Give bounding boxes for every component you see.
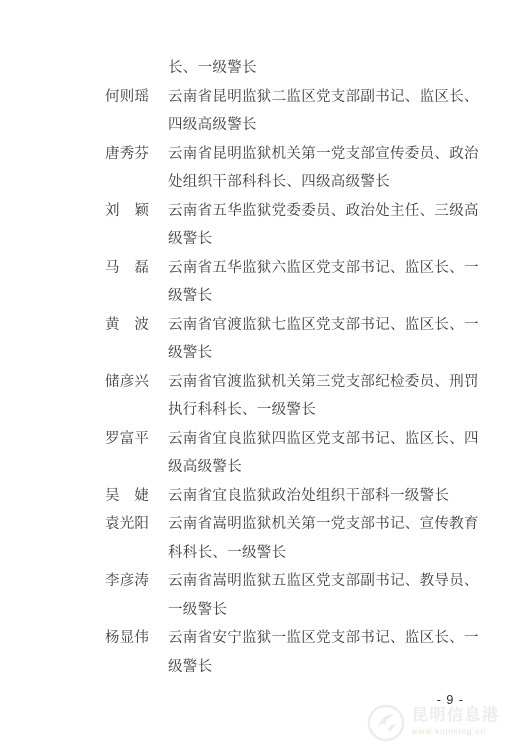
person-role: 云南省昆明监狱二监区党支部副书记、监区长、 四级高级警长: [168, 83, 479, 140]
role-line: 执行科科长、一级警长: [168, 396, 479, 425]
person-role: 云南省宜良监狱政治处组织干部科一级警长: [168, 482, 449, 511]
role-line: 级警长: [168, 225, 479, 254]
person-role: 云南省安宁监狱一监区党支部书记、监区长、一 级警长: [168, 624, 479, 681]
role-line: 级警长: [168, 653, 479, 682]
role-line: 处组织干部科科长、四级高级警长: [168, 168, 479, 197]
person-name: 马 磊: [105, 254, 151, 283]
role-line: 云南省昆明监狱二监区党支部副书记、监区长、: [168, 83, 479, 112]
list-item: 唐秀芬 云南省昆明监狱机关第一党支部宣传委员、政治 处组织干部科科长、四级高级警…: [105, 140, 479, 197]
person-name: 李彦涛: [105, 567, 151, 596]
person-role: 长、一级警长: [168, 54, 257, 83]
person-role: 云南省五华监狱党委委员、政治处主任、三级高 级警长: [168, 197, 479, 254]
role-line: 云南省五华监狱党委委员、政治处主任、三级高: [168, 197, 479, 226]
person-name: 袁光阳: [105, 510, 151, 539]
document-page: 长、一级警长 何则瑶 云南省昆明监狱二监区党支部副书记、监区长、 四级高级警长 …: [0, 0, 530, 750]
list-item-continuation: 长、一级警长: [105, 54, 479, 83]
list-item: 罗富平 云南省宜良监狱四监区党支部书记、监区长、四 级高级警长: [105, 425, 479, 482]
person-role: 云南省嵩明监狱五监区党支部副书记、教导员、 一级警长: [168, 567, 479, 624]
person-role: 云南省嵩明监狱机关第一党支部书记、宣传教育 科科长、一级警长: [168, 510, 479, 567]
person-name: 储彦兴: [105, 368, 151, 397]
person-role: 云南省宜良监狱四监区党支部书记、监区长、四 级高级警长: [168, 425, 479, 482]
list-item: 刘 颖 云南省五华监狱党委委员、政治处主任、三级高 级警长: [105, 197, 479, 254]
list-item: 储彦兴 云南省官渡监狱机关第三党支部纪检委员、刑罚 执行科科长、一级警长: [105, 368, 479, 425]
person-name: 唐秀芬: [105, 140, 151, 169]
role-line: 科科长、一级警长: [168, 539, 479, 568]
role-line: 云南省宜良监狱政治处组织干部科一级警长: [168, 482, 449, 511]
person-name: 何则瑶: [105, 83, 151, 112]
page-number: - 9 -: [437, 692, 464, 708]
list-item: 马 磊 云南省五华监狱六监区党支部书记、监区长、一 级警长: [105, 254, 479, 311]
role-line: 云南省五华监狱六监区党支部书记、监区长、一: [168, 254, 479, 283]
role-line: 云南省官渡监狱机关第三党支部纪检委员、刑罚: [168, 368, 479, 397]
kunming-peacock-logo-icon: [367, 704, 405, 742]
list-item: 杨显伟 云南省安宁监狱一监区党支部书记、监区长、一 级警长: [105, 624, 479, 681]
role-line: 云南省昆明监狱机关第一党支部宣传委员、政治: [168, 140, 479, 169]
person-name: 黄 波: [105, 311, 151, 340]
person-role: 云南省官渡监狱七监区党支部书记、监区长、一 级警长: [168, 311, 479, 368]
personnel-list: 长、一级警长 何则瑶 云南省昆明监狱二监区党支部副书记、监区长、 四级高级警长 …: [105, 54, 479, 681]
role-line: 长、一级警长: [168, 54, 257, 83]
role-line: 级高级警长: [168, 453, 479, 482]
role-line: 云南省嵩明监狱五监区党支部副书记、教导员、: [168, 567, 479, 596]
role-line: 云南省安宁监狱一监区党支部书记、监区长、一: [168, 624, 479, 653]
person-name: 罗富平: [105, 425, 151, 454]
list-item: 何则瑶 云南省昆明监狱二监区党支部副书记、监区长、 四级高级警长: [105, 83, 479, 140]
role-line: 云南省嵩明监狱机关第一党支部书记、宣传教育: [168, 510, 479, 539]
list-item: 袁光阳 云南省嵩明监狱机关第一党支部书记、宣传教育 科科长、一级警长: [105, 510, 479, 567]
person-role: 云南省五华监狱六监区党支部书记、监区长、一 级警长: [168, 254, 479, 311]
watermark-site-url: www.kunming.cn: [412, 727, 486, 737]
person-role: 云南省官渡监狱机关第三党支部纪检委员、刑罚 执行科科长、一级警长: [168, 368, 479, 425]
list-item: 李彦涛 云南省嵩明监狱五监区党支部副书记、教导员、 一级警长: [105, 567, 479, 624]
person-name: 杨显伟: [105, 624, 151, 653]
watermark: 昆明信息港 www.kunming.cn: [367, 704, 500, 742]
watermark-text-column: 昆明信息港 www.kunming.cn: [412, 704, 500, 737]
role-line: 级警长: [168, 339, 479, 368]
role-line: 一级警长: [168, 596, 479, 625]
person-name: 刘 颖: [105, 197, 151, 226]
person-role: 云南省昆明监狱机关第一党支部宣传委员、政治 处组织干部科科长、四级高级警长: [168, 140, 479, 197]
role-line: 级警长: [168, 282, 479, 311]
role-line: 云南省官渡监狱七监区党支部书记、监区长、一: [168, 311, 479, 340]
list-item: 黄 波 云南省官渡监狱七监区党支部书记、监区长、一 级警长: [105, 311, 479, 368]
role-line: 四级高级警长: [168, 111, 479, 140]
person-name: 吴 婕: [105, 482, 151, 511]
list-item: 吴 婕 云南省宜良监狱政治处组织干部科一级警长: [105, 482, 479, 511]
watermark-site-name: 昆明信息港: [412, 706, 500, 726]
role-line: 云南省宜良监狱四监区党支部书记、监区长、四: [168, 425, 479, 454]
